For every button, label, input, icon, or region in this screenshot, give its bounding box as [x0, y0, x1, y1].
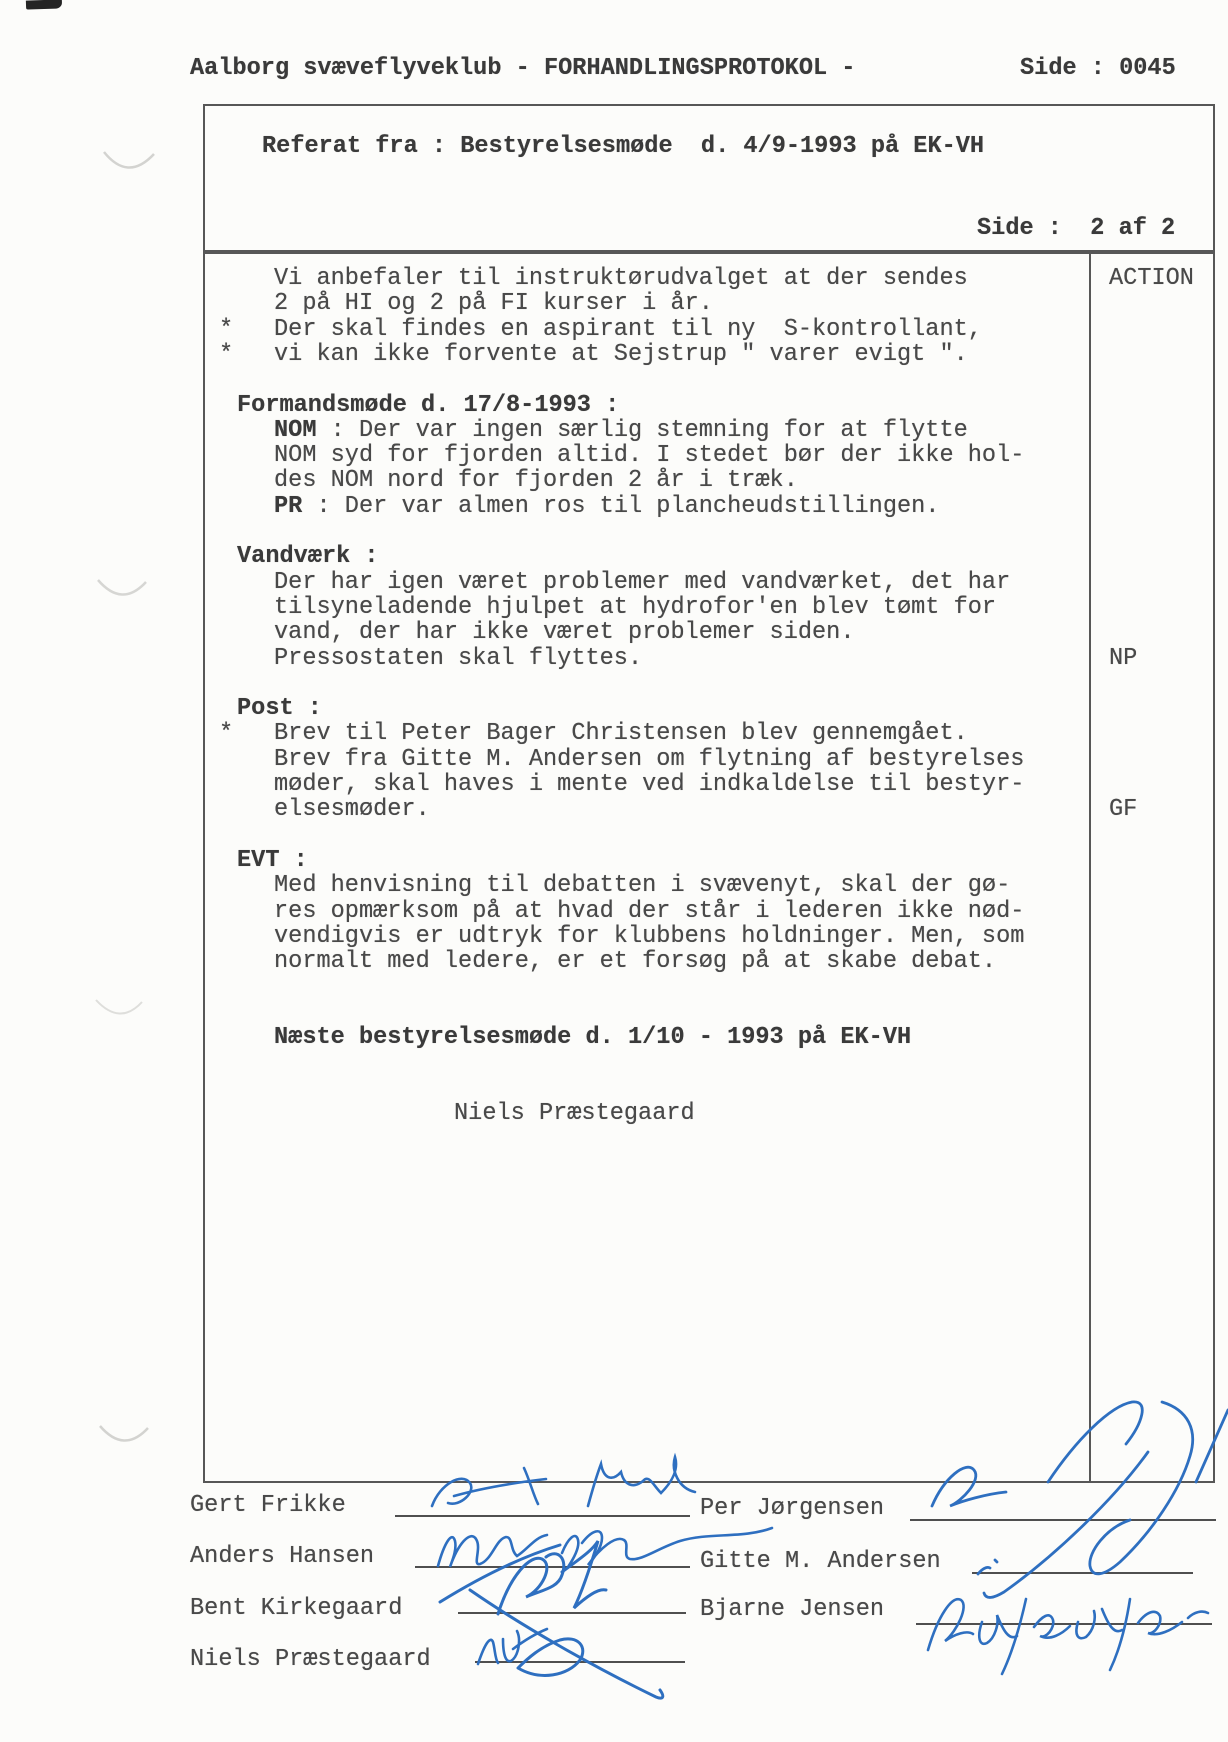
action-column-divider	[1089, 254, 1091, 1481]
protocol-line: normalt med ledere, er et forsøg på at s…	[205, 949, 1085, 974]
protocol-line: *vi kan ikke forvente at Sejstrup " vare…	[205, 342, 1085, 367]
document-header-page-number: Side : 0045	[1020, 56, 1176, 81]
signature-line	[972, 1572, 1193, 1574]
protocol-line: vendigvis er udtryk for klubbens holdnin…	[205, 924, 1085, 949]
signature-line	[475, 1661, 685, 1663]
protocol-line: Post :	[205, 696, 1085, 721]
signature-label: Anders Hansen	[190, 1544, 374, 1569]
signature-label: Niels Præstegaard	[190, 1647, 431, 1672]
signature-label: Per Jørgensen	[700, 1496, 884, 1521]
protocol-line: NOM : Der var ingen særlig stemning for …	[205, 418, 1085, 443]
protocol-line: PR : Der var almen ros til plancheudstil…	[205, 494, 1085, 519]
protocol-line: 2 på HI og 2 på FI kurser i år.	[205, 291, 1085, 316]
protocol-line: Niels Præstegaard	[205, 1101, 1085, 1126]
meeting-title: Referat fra : Bestyrelsesmøde d. 4/9-199…	[262, 134, 984, 159]
signature-line	[916, 1623, 1212, 1625]
meeting-page-indicator: Side : 2 af 2	[977, 216, 1175, 241]
protocol-line: *Brev til Peter Bager Christensen blev g…	[205, 721, 1085, 746]
protocol-line: elsesmøder.	[205, 797, 1085, 822]
signature-line	[910, 1519, 1216, 1521]
protocol-line: Brev fra Gitte M. Andersen om flytning a…	[205, 747, 1085, 772]
signature-ink-bent-kirkegaard	[440, 1541, 663, 1698]
action-column-header: ACTION	[1109, 266, 1194, 291]
action-label: NP	[1109, 646, 1137, 671]
signature-ink-bjarne-jensen	[928, 1599, 1208, 1674]
signature-line	[458, 1612, 686, 1614]
signature-line	[415, 1566, 690, 1568]
signature-ink-niels-praestegaard	[478, 1629, 547, 1664]
scan-artifact-speck	[26, 0, 62, 10]
meeting-info-box: Referat fra : Bestyrelsesmøde d. 4/9-199…	[203, 104, 1215, 252]
protocol-line: EVT :	[205, 848, 1085, 873]
protocol-line: *Der skal findes en aspirant til ny S-ko…	[205, 317, 1085, 342]
protocol-line: Med henvisning til debatten i svævenyt, …	[205, 873, 1085, 898]
protocol-line: des NOM nord for fjorden 2 år i træk.	[205, 468, 1085, 493]
bullet-star: *	[219, 342, 233, 367]
bullet-star: *	[219, 721, 233, 746]
protocol-line: Vi anbefaler til instruktørudvalget at d…	[205, 266, 1085, 291]
protocol-line: Vandværk :	[205, 544, 1085, 569]
signature-label: Gitte M. Andersen	[700, 1549, 941, 1574]
protocol-line: møder, skal haves i mente ved indkaldels…	[205, 772, 1085, 797]
protocol-line: res opmærksom på at hvad der står i lede…	[205, 899, 1085, 924]
protocol-line: Pressostaten skal flyttes.	[205, 646, 1085, 671]
protocol-line: Formandsmøde d. 17/8-1993 :	[205, 393, 1085, 418]
signature-line	[395, 1515, 690, 1517]
protocol-line: Der har igen været problemer med vandvær…	[205, 570, 1085, 595]
scanned-document-page: Aalborg svæveflyveklub - FORHANDLINGSPRO…	[0, 0, 1228, 1742]
protocol-line: vand, der har ikke været problemer siden…	[205, 620, 1085, 645]
signature-label: Gert Frikke	[190, 1493, 346, 1518]
protocol-line: NOM syd for fjorden altid. I stedet bør …	[205, 443, 1085, 468]
action-label: GF	[1109, 797, 1137, 822]
document-header-title: Aalborg svæveflyveklub - FORHANDLINGSPRO…	[190, 56, 855, 81]
bullet-star: *	[219, 317, 233, 342]
signature-label: Bjarne Jensen	[700, 1597, 884, 1622]
protocol-line: tilsyneladende hjulpet at hydrofor'en bl…	[205, 595, 1085, 620]
protocol-box: ACTION Vi anbefaler til instruktørudvalg…	[203, 252, 1215, 1483]
signature-label: Bent Kirkegaard	[190, 1596, 402, 1621]
protocol-line: Næste bestyrelsesmøde d. 1/10 - 1993 på …	[205, 1025, 1085, 1050]
